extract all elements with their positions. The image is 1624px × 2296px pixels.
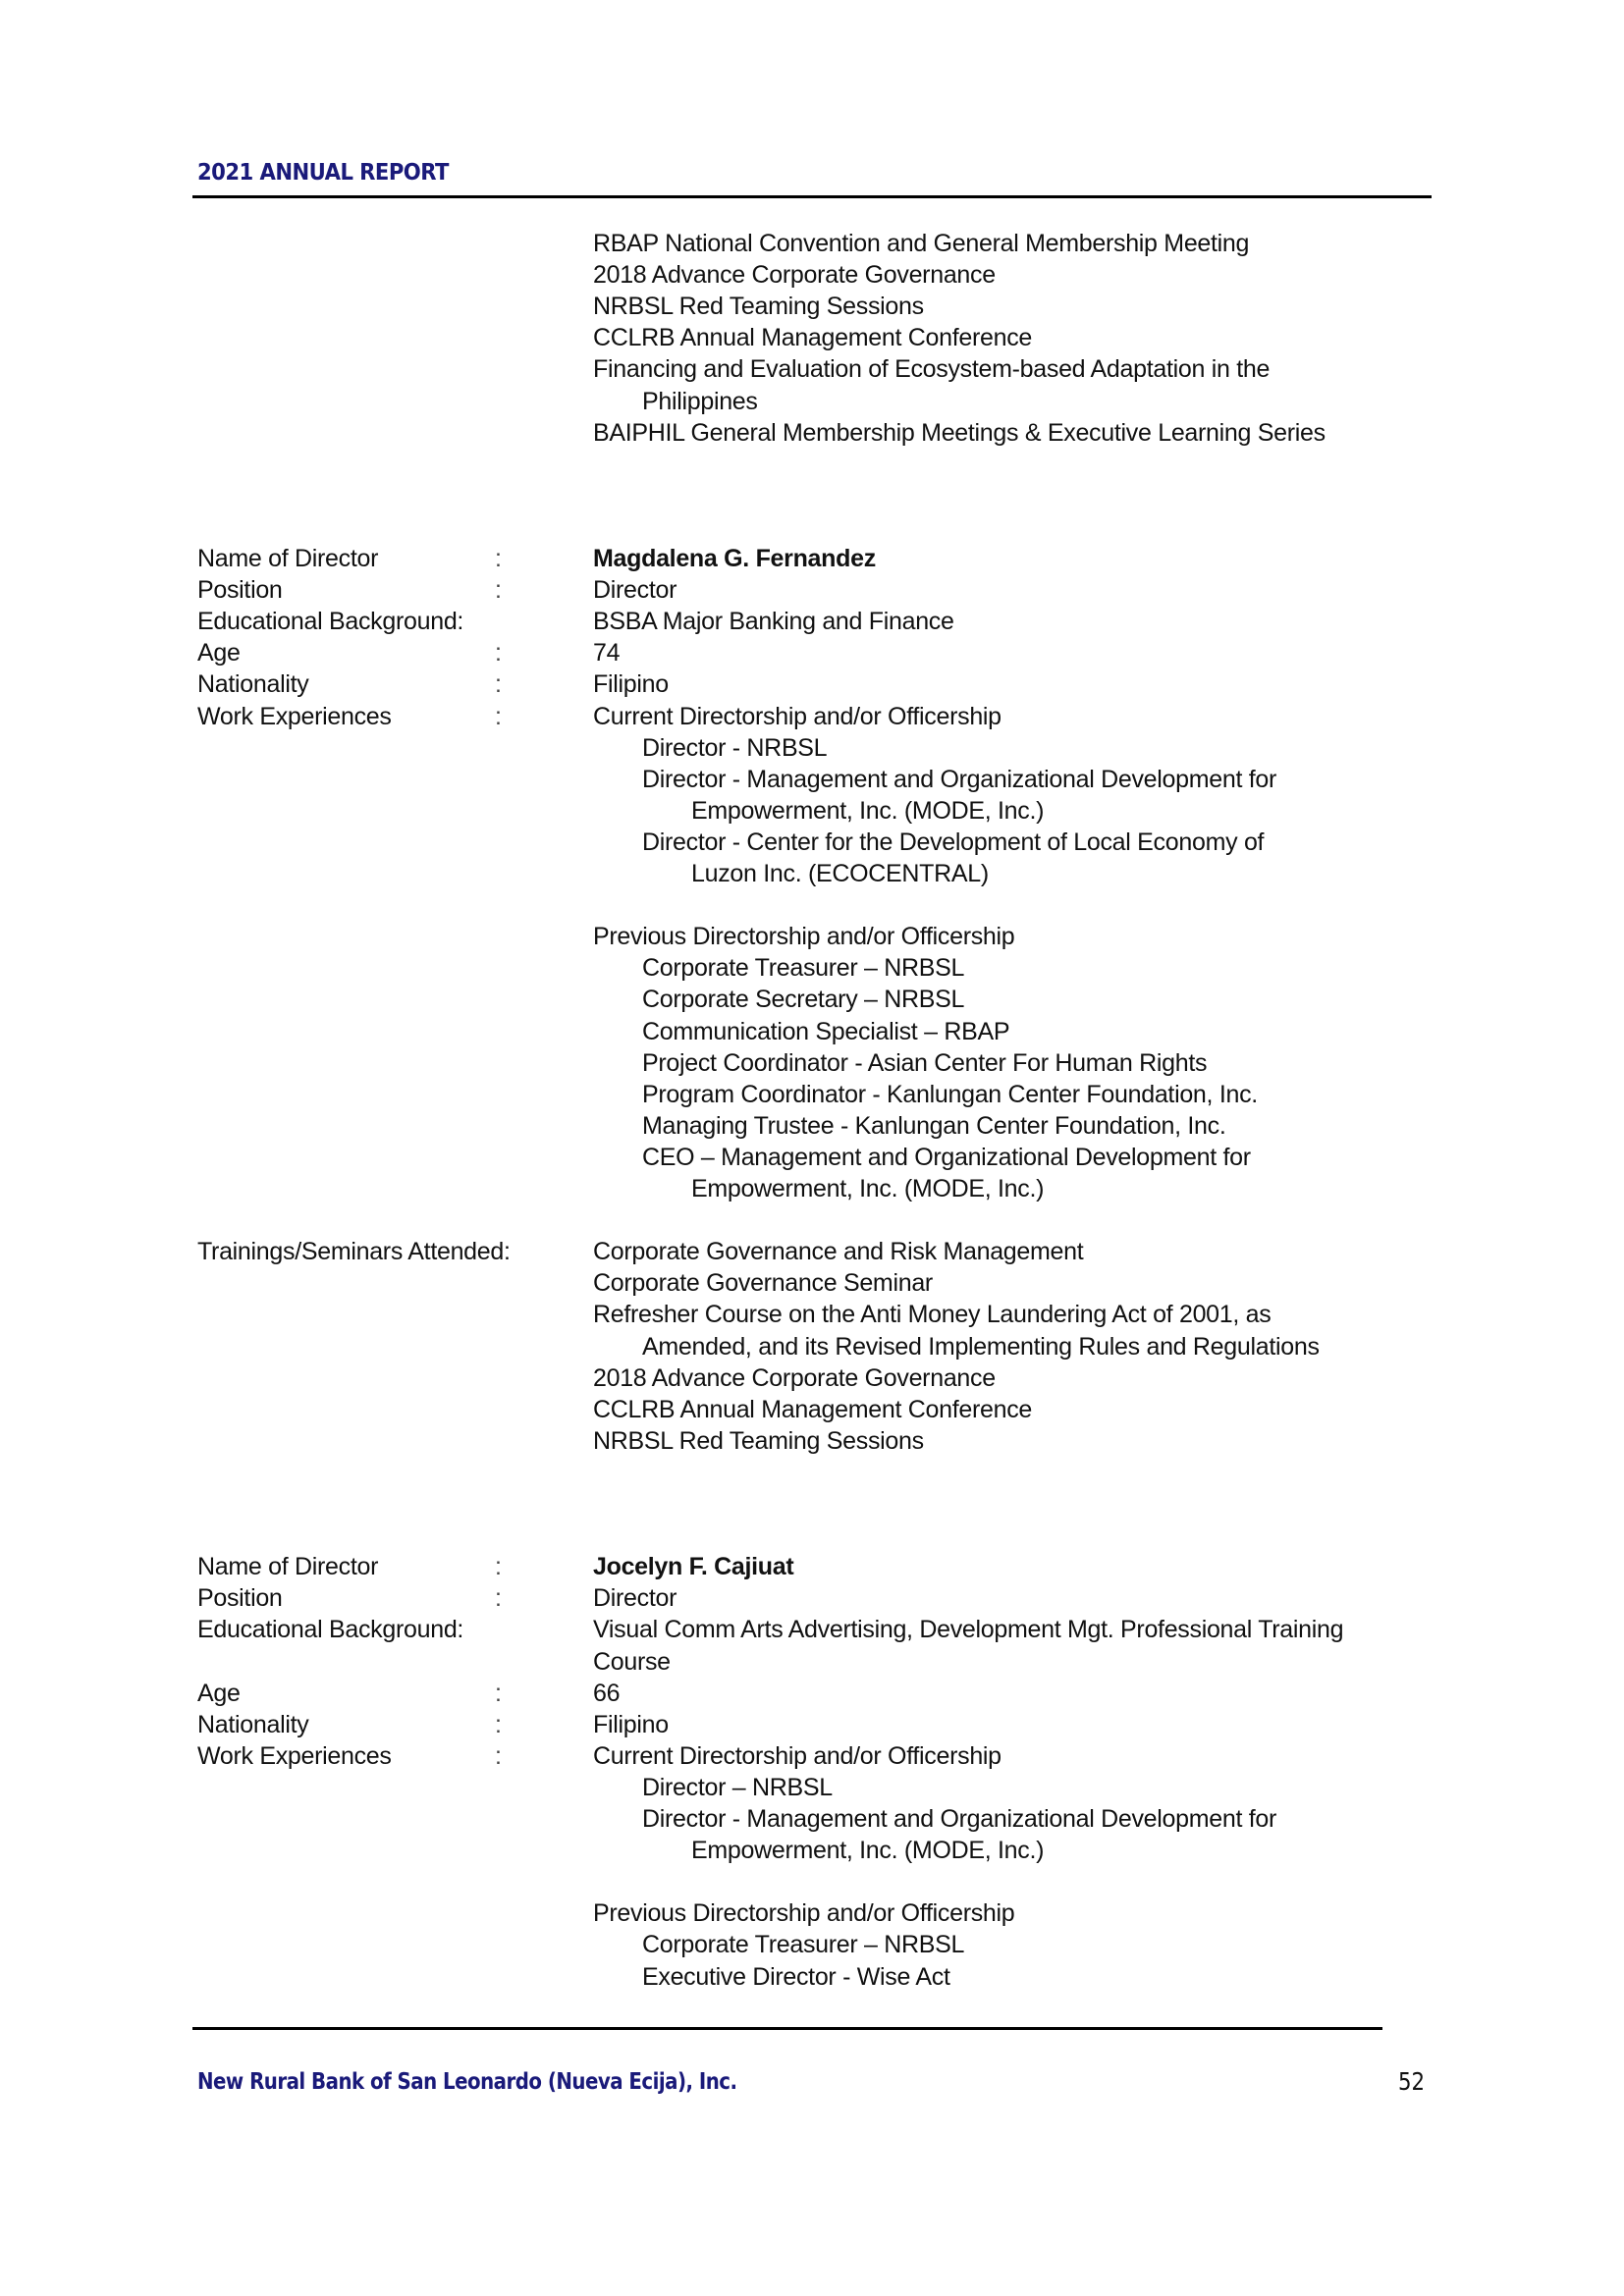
training-item: CCLRB Annual Management Conference xyxy=(593,322,1032,353)
field-label: Trainings/Seminars Attended: xyxy=(197,1236,511,1267)
director-nationality: Filipino xyxy=(593,1709,669,1740)
field-colon: : xyxy=(495,1740,502,1772)
field-label: Position xyxy=(197,1582,283,1614)
work-experience-item: Corporate Treasurer – NRBSL xyxy=(642,952,964,984)
work-experience-item: Corporate Treasurer – NRBSL xyxy=(642,1929,964,1960)
work-experience-item: Empowerment, Inc. (MODE, Inc.) xyxy=(691,1173,1044,1204)
director-education: Visual Comm Arts Advertising, Developmen… xyxy=(593,1614,1343,1645)
work-experience-item: Corporate Secretary – NRBSL xyxy=(642,984,964,1015)
field-label: Educational Background: xyxy=(197,606,463,637)
work-experience-item: Director – NRBSL xyxy=(642,1772,833,1803)
field-label: Work Experiences xyxy=(197,1740,392,1772)
work-experience-item: Communication Specialist – RBAP xyxy=(642,1016,1009,1047)
training-item: Financing and Evaluation of Ecosystem-ba… xyxy=(593,353,1270,385)
field-colon: : xyxy=(495,668,502,700)
field-colon: : xyxy=(495,1551,502,1582)
field-colon: : xyxy=(495,1582,502,1614)
training-item: Philippines xyxy=(642,386,758,417)
work-experience-item: Empowerment, Inc. (MODE, Inc.) xyxy=(691,1835,1044,1866)
footer-bank-name: New Rural Bank of San Leonardo (Nueva Ec… xyxy=(197,2069,737,2095)
field-colon: : xyxy=(495,543,502,574)
field-label: Nationality xyxy=(197,668,308,700)
field-colon: : xyxy=(495,701,502,732)
training-item: RBAP National Convention and General Mem… xyxy=(593,228,1249,259)
director-position: Director xyxy=(593,574,677,606)
training-item: Corporate Governance and Risk Management xyxy=(593,1236,1083,1267)
field-label: Nationality xyxy=(197,1709,308,1740)
field-colon: : xyxy=(495,637,502,668)
work-experience-item: Program Coordinator - Kanlungan Center F… xyxy=(642,1079,1258,1110)
header-divider xyxy=(192,195,1432,198)
training-item: 2018 Advance Corporate Governance xyxy=(593,1362,996,1394)
training-item: NRBSL Red Teaming Sessions xyxy=(593,291,924,322)
field-colon: : xyxy=(495,1709,502,1740)
director-name: Jocelyn F. Cajiuat xyxy=(593,1551,793,1582)
director-position: Director xyxy=(593,1582,677,1614)
work-experience-item: Director - Center for the Development of… xyxy=(642,827,1264,858)
director-nationality: Filipino xyxy=(593,668,669,700)
document-page: 2021 ANNUAL REPORT RBAP National Convent… xyxy=(0,0,1624,2296)
training-item: Corporate Governance Seminar xyxy=(593,1267,933,1299)
work-experience-item: Luzon Inc. (ECOCENTRAL) xyxy=(691,858,989,889)
field-colon: : xyxy=(495,574,502,606)
training-item: Refresher Course on the Anti Money Laund… xyxy=(593,1299,1271,1330)
director-age: 74 xyxy=(593,637,620,668)
work-experience-item: Empowerment, Inc. (MODE, Inc.) xyxy=(691,795,1044,827)
director-education: Course xyxy=(593,1646,671,1678)
page-number: 52 xyxy=(1398,2067,1425,2096)
field-label: Name of Director xyxy=(197,543,378,574)
field-label: Age xyxy=(197,1678,241,1709)
work-experience-item: Previous Directorship and/or Officership xyxy=(593,921,1014,952)
field-label: Age xyxy=(197,637,241,668)
training-item: BAIPHIL General Membership Meetings & Ex… xyxy=(593,417,1326,449)
work-experience-item: Current Directorship and/or Officership xyxy=(593,1740,1001,1772)
director-education: BSBA Major Banking and Finance xyxy=(593,606,954,637)
work-experience-item: Executive Director - Wise Act xyxy=(642,1961,950,1993)
field-label: Educational Background: xyxy=(197,1614,463,1645)
report-header-title: 2021 ANNUAL REPORT xyxy=(197,160,449,186)
work-experience-item: Managing Trustee - Kanlungan Center Foun… xyxy=(642,1110,1226,1142)
field-label: Work Experiences xyxy=(197,701,392,732)
footer-divider xyxy=(192,2027,1382,2030)
director-name: Magdalena G. Fernandez xyxy=(593,543,876,574)
field-colon: : xyxy=(495,1678,502,1709)
work-experience-item: Director - NRBSL xyxy=(642,732,827,764)
work-experience-item: CEO – Management and Organizational Deve… xyxy=(642,1142,1251,1173)
work-experience-item: Project Coordinator - Asian Center For H… xyxy=(642,1047,1207,1079)
training-item: Amended, and its Revised Implementing Ru… xyxy=(642,1331,1320,1362)
training-item: CCLRB Annual Management Conference xyxy=(593,1394,1032,1425)
training-item: 2018 Advance Corporate Governance xyxy=(593,259,996,291)
director-age: 66 xyxy=(593,1678,620,1709)
field-label: Position xyxy=(197,574,283,606)
work-experience-item: Director - Management and Organizational… xyxy=(642,764,1276,795)
training-item: NRBSL Red Teaming Sessions xyxy=(593,1425,924,1457)
work-experience-item: Current Directorship and/or Officership xyxy=(593,701,1001,732)
field-label: Name of Director xyxy=(197,1551,378,1582)
work-experience-item: Director - Management and Organizational… xyxy=(642,1803,1276,1835)
work-experience-item: Previous Directorship and/or Officership xyxy=(593,1897,1014,1929)
